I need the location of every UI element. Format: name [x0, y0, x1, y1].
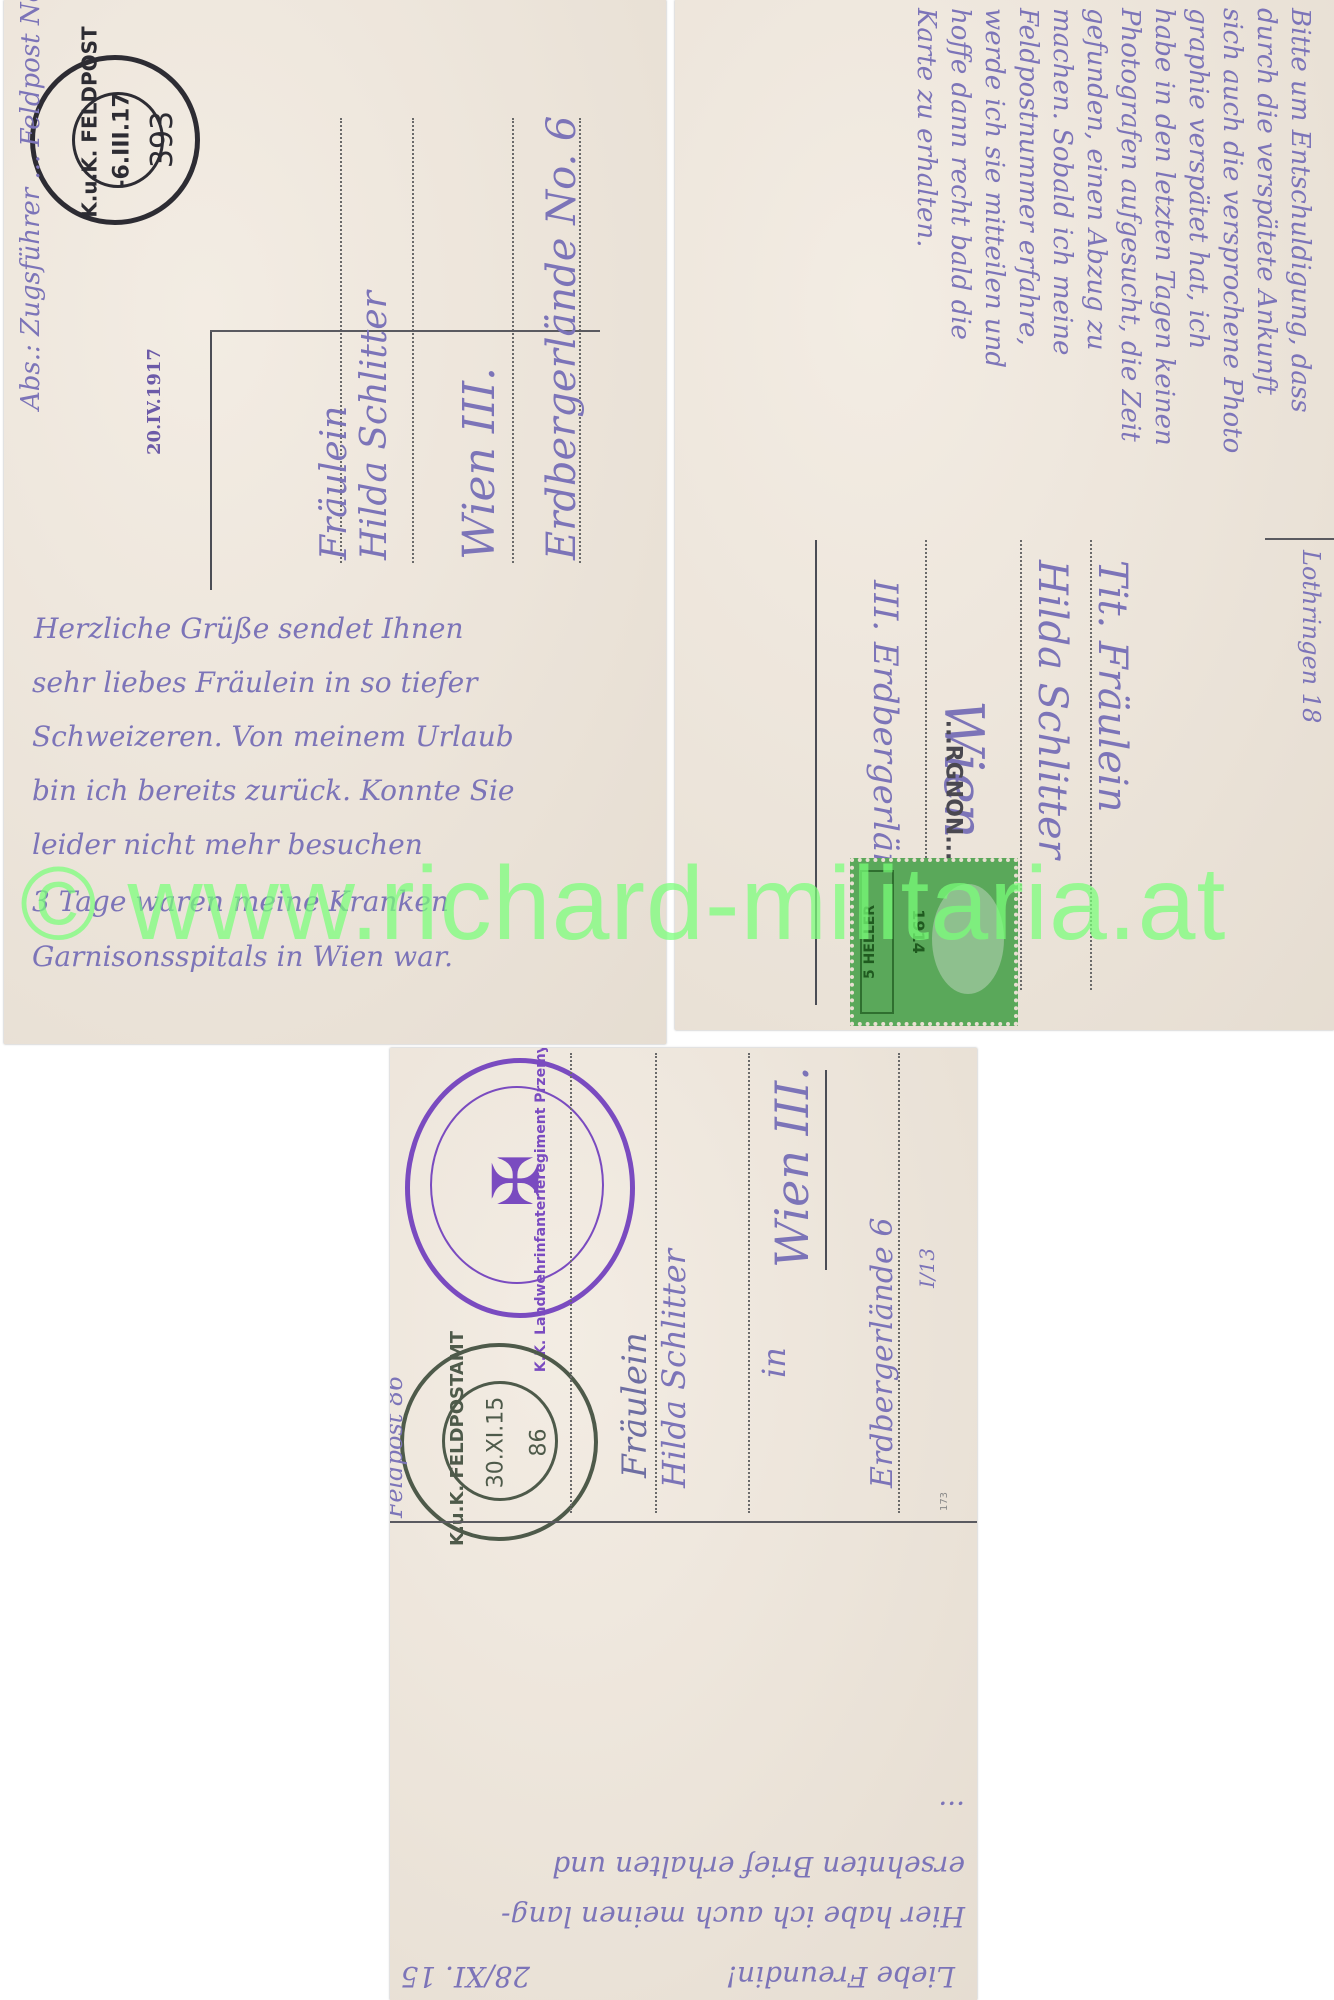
postmark-text: K.u.K. FELDPOST	[78, 26, 102, 217]
message-line: sich auch die versprochene Photo	[1217, 8, 1247, 453]
postmark-date: 30.XI.15	[483, 1397, 508, 1489]
address-divider	[825, 1070, 827, 1270]
address-top-line	[1265, 538, 1334, 540]
message-line: durch die verspätete Ankunft	[1251, 8, 1281, 395]
postmark-number: 86	[527, 1429, 552, 1457]
recipient-line: in	[755, 1347, 793, 1378]
postcard-bottom: ✠ K.K. Landwehrinfanterieregiment Przemy…	[390, 1048, 977, 2000]
regiment-seal-text: K.K. Landwehrinfanterieregiment Przemysl…	[533, 1048, 549, 1372]
recipient-line: Erdbergerlände No. 6	[539, 116, 585, 560]
recipient-line: Fräulein	[314, 406, 355, 560]
violet-cachet: 20.IV.1917	[144, 348, 165, 455]
watermark: © www.richard-militaria.at	[20, 845, 1226, 964]
postmark-text: K.u.K. FELDPOSTAMT	[447, 1331, 468, 1546]
sender-note: Feldpost 86	[390, 1375, 408, 1518]
date-line: 28/XI. 15	[401, 1960, 531, 1993]
recipient-line: Erdbergerlände 6	[865, 1218, 900, 1488]
address-bottom-line	[390, 1521, 977, 1523]
message-line: sehr liebes Fräulein in so tiefer	[32, 666, 478, 699]
message-line: bin ich bereits zurück. Konnte Sie	[32, 774, 514, 807]
message-line: gefunden, einen Abzug zu	[1081, 8, 1111, 351]
printer-mark: 173	[939, 1492, 950, 1511]
recipient-line: Hilda Schlitter	[655, 1249, 693, 1488]
recipient-line: Tit. Fräulein	[1089, 560, 1135, 812]
address-line	[570, 1053, 572, 1513]
message-line: ...	[938, 1795, 965, 1828]
recipient-line: Fräulein	[615, 1332, 655, 1478]
message-line: graphie verspätet hat, ich	[1183, 8, 1213, 349]
recipient-line: I/13	[915, 1248, 939, 1288]
recipient-line: Wien III.	[765, 1066, 819, 1268]
recipient-line: Hilda Schlitter	[354, 291, 395, 560]
message-line: machen. Sobald ich meine	[1047, 8, 1077, 355]
recipient-line: Hilda Schlitter	[1029, 560, 1075, 859]
message-line: Herzliche Grüße sendet Ihnen	[34, 612, 464, 645]
message-line: werde ich sie mitteilen und	[979, 8, 1009, 368]
message-line: Bitte um Entschuldigung, dass	[1285, 8, 1315, 413]
address-line	[412, 118, 414, 563]
message-line: habe in den letzten Tagen keinen	[1149, 8, 1179, 446]
postmark-date: -6.III.17	[110, 92, 135, 188]
message-line: Schweizeren. Von meinem Urlaub	[32, 720, 514, 753]
message-line: ersehnten Brief erhalten und	[552, 1850, 965, 1883]
message-line: hoffe dann recht bald die	[945, 8, 975, 340]
message-line: Feldpostnummer erfahre,	[1013, 8, 1043, 346]
message-line: Karte zu erhalten.	[911, 8, 941, 247]
recipient-line: Wien III.	[454, 367, 505, 560]
message-line: Photografen aufgesucht, die Zeit	[1115, 8, 1145, 442]
message-line: Liebe Freundin!	[726, 1960, 955, 1993]
address-divider	[210, 330, 212, 590]
sender-line: Abs.: Zugsführer ... Feldpost No. 393	[16, 0, 46, 410]
side-note: Lothringen 18	[1297, 550, 1325, 723]
message-line: Hier habe ich auch meinen lang-	[501, 1900, 965, 1933]
address-line	[512, 118, 514, 563]
address-line	[748, 1053, 750, 1513]
postmark-number: 393	[145, 111, 180, 168]
